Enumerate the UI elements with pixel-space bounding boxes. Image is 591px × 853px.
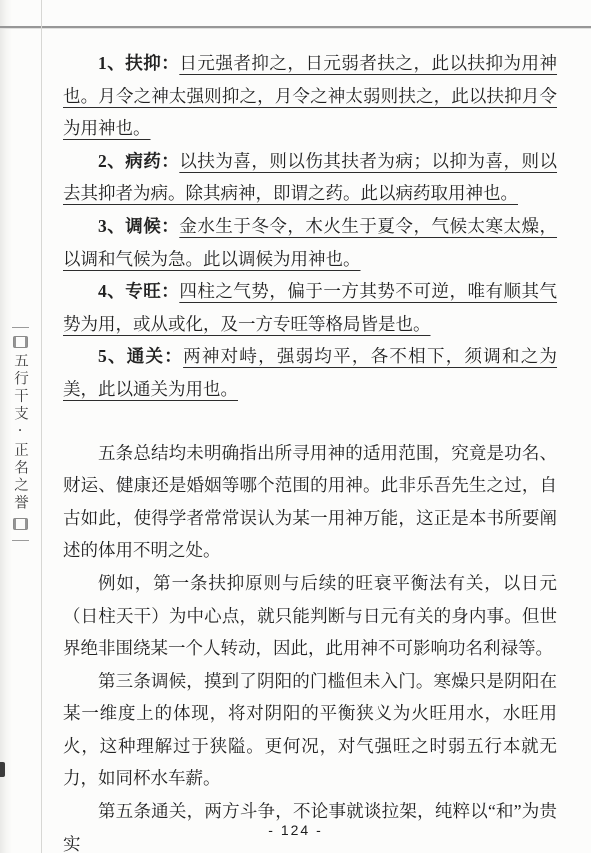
numbered-point-2: 2、病药：以扶为喜，则以伤其扶者为病；以抑为喜，则以去其抑者为病。除其病神，即谓…	[63, 145, 557, 210]
point-label: 2、病药：	[98, 151, 179, 171]
numbered-point-4: 4、专旺：四柱之气势，偏于一方其势不可逆，唯有顺其气势为用，或从或化，及一方专旺…	[63, 275, 557, 340]
seal-bracket-icon	[13, 336, 28, 348]
commentary-section: 五条总结均未明确指出所寻用神的适用范围，究竟是功名、财运、健康还是婚姻等哪个范围…	[63, 437, 557, 853]
divider	[12, 540, 29, 541]
point-label: 3、调候：	[98, 216, 179, 236]
page-number: - 124 -	[0, 822, 591, 838]
point-label: 5、通关：	[98, 346, 183, 366]
sidebar-book-title: 五行干支·正名之誉	[5, 324, 35, 541]
paragraph-1: 五条总结均未明确指出所寻用神的适用范围，究竟是功名、财运、健康还是婚姻等哪个范围…	[63, 437, 557, 567]
numbered-point-1: 1、扶抑：日元强者抑之，日元弱者扶之，此以扶抑为用神也。月令之神太强则抑之，月令…	[63, 47, 557, 145]
left-margin-rule	[41, 0, 42, 853]
top-rule	[0, 26, 591, 29]
paragraph-2: 例如，第一条扶抑原则与后续的旺衰平衡法有关，以日元（日柱天干）为中心点，就只能判…	[63, 567, 557, 665]
point-label: 1、扶抑：	[98, 53, 179, 73]
numbered-point-3: 3、调候：金水生于冬令，木火生于夏令，气候太寒太燥，以调和气候为急。此以调候为用…	[63, 210, 557, 275]
page-edge-tab	[0, 762, 5, 777]
divider	[12, 327, 29, 328]
seal-bracket-icon	[13, 518, 28, 530]
book-title-vertical: 五行干支·正名之誉	[9, 353, 31, 512]
point-label: 4、专旺：	[98, 281, 179, 301]
paragraph-3: 第三条调候，摸到了阴阳的门槛但未入门。寒燥只是阴阳在某一维度上的体现，将对阴阳的…	[63, 665, 557, 795]
page-body: 1、扶抑：日元强者抑之，日元弱者扶之，此以扶抑为用神也。月令之神太强则抑之，月令…	[63, 47, 557, 853]
numbered-point-5: 5、通关：两神对峙，强弱均平，各不相下，须调和之为美，此以通关为用也。	[63, 340, 557, 405]
book-page: 五行干支·正名之誉 1、扶抑：日元强者抑之，日元弱者扶之，此以扶抑为用神也。月令…	[0, 0, 591, 853]
